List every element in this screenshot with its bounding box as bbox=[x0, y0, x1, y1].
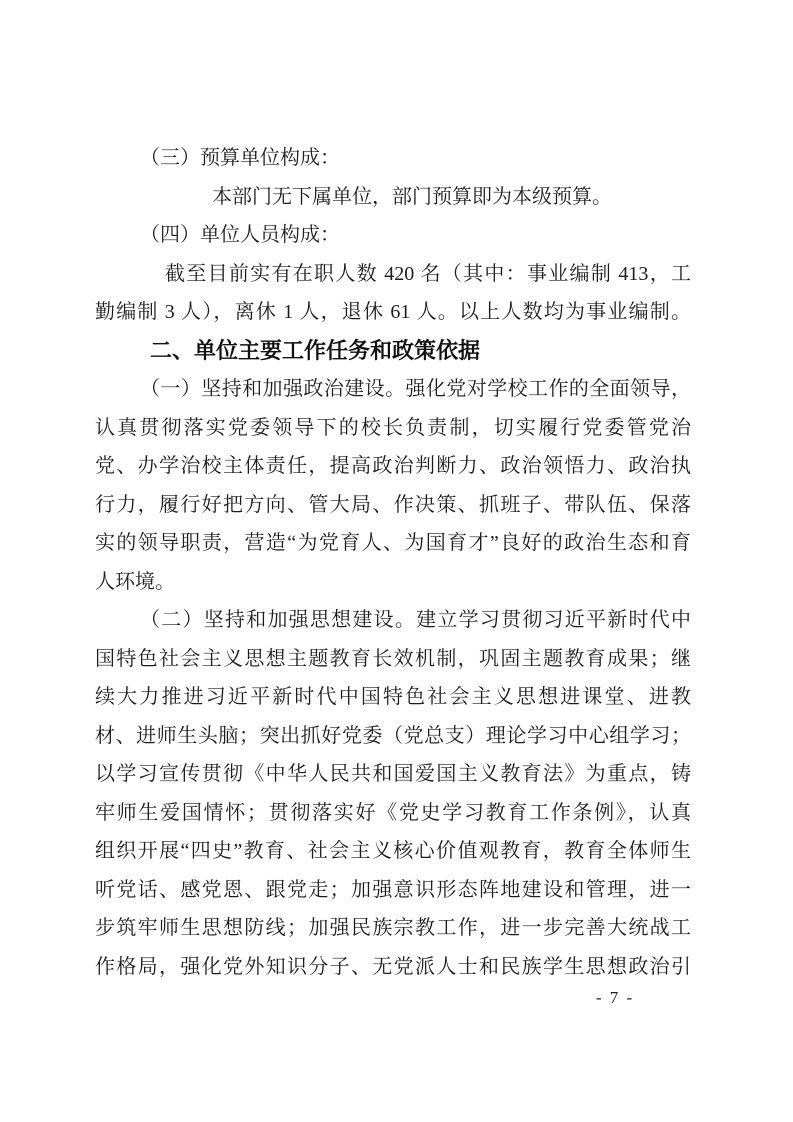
body-text-line: 国特色社会主义思想主题教育长效机制，巩固主题教育成果；继 bbox=[95, 640, 691, 679]
document-body: （三）预算单位构成：本部门无下属单位，部门预算即为本级预算。（四）单位人员构成：… bbox=[95, 139, 691, 986]
body-text-line: （二）坚持和加强思想建设。建立学习贯彻习近平新时代中 bbox=[95, 601, 691, 640]
body-text-line: 牢师生爱国情怀；贯彻落实好《党史学习教育工作条例》，认真 bbox=[95, 794, 691, 833]
subsection-title-line: （四）单位人员构成： bbox=[95, 216, 691, 255]
body-text-line: 本部门无下属单位，部门预算即为本级预算。 bbox=[95, 178, 691, 217]
body-text-line: 截至目前实有在职人数 420 名（其中：事业编制 413，工 bbox=[95, 255, 691, 294]
body-text-line: 以学习宣传贯彻《中华人民共和国爱国主义教育法》为重点，铸 bbox=[95, 755, 691, 794]
page-number: - 7 - bbox=[560, 988, 670, 1008]
body-text-line: 人环境。 bbox=[95, 563, 691, 602]
body-text-line: 认真贯彻落实党委领导下的校长负责制，切实履行党委管党治 bbox=[95, 409, 691, 448]
body-text-line: 续大力推进习近平新时代中国特色社会主义思想进课堂、进教 bbox=[95, 678, 691, 717]
body-text-line: 作格局，强化党外知识分子、无党派人士和民族学生思想政治引 bbox=[95, 948, 691, 987]
subsection-title-line: （三）预算单位构成： bbox=[95, 139, 691, 178]
document-page: （三）预算单位构成：本部门无下属单位，部门预算即为本级预算。（四）单位人员构成：… bbox=[0, 0, 793, 1122]
body-text-line: 行力，履行好把方向、管大局、作决策、抓班子、带队伍、保落 bbox=[95, 486, 691, 525]
body-text-line: 勤编制 3 人），离休 1 人，退休 61 人。以上人数均为事业编制。 bbox=[95, 293, 691, 332]
section-heading-line: 二、单位主要工作任务和政策依据 bbox=[95, 332, 691, 371]
body-text-line: 步筑牢师生思想防线；加强民族宗教工作，进一步完善大统战工 bbox=[95, 909, 691, 948]
body-text-line: 实的领导职责，营造“为党育人、为国育才”良好的政治生态和育 bbox=[95, 524, 691, 563]
body-text-line: 党、办学治校主体责任，提高政治判断力、政治领悟力、政治执 bbox=[95, 447, 691, 486]
body-text-line: 材、进师生头脑；突出抓好党委（党总支）理论学习中心组学习； bbox=[95, 717, 691, 756]
body-text-line: 听党话、感党恩、跟党走；加强意识形态阵地建设和管理，进一 bbox=[95, 871, 691, 910]
body-text-line: 组织开展“四史”教育、社会主义核心价值观教育，教育全体师生 bbox=[95, 832, 691, 871]
body-text-line: （一）坚持和加强政治建设。强化党对学校工作的全面领导， bbox=[95, 370, 691, 409]
